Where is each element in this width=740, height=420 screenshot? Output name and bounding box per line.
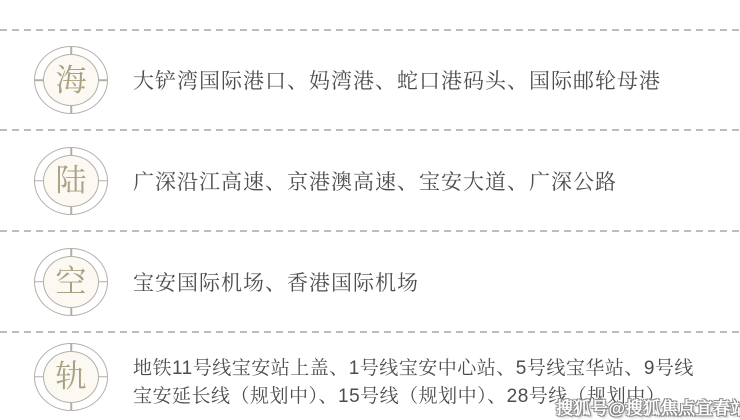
badge-tick-right [99,376,107,378]
badge-tick-left [35,281,43,283]
badge-tick-bottom [70,207,72,214]
badge-tick-top [70,344,72,351]
badge-tick-bottom [70,106,72,113]
badge-tick-left [35,79,43,81]
sea-route-list: 大铲湾国际港口、妈湾港、蛇口港码头、国际邮轮母港 [133,65,661,95]
land-route-line: 广深沿江高速、京港澳高速、宝安大道、广深公路 [133,166,617,196]
land-route-list: 广深沿江高速、京港澳高速、宝安大道、广深公路 [133,166,617,196]
watermark: 搜狐号@搜狐焦点宜春站 [556,394,740,419]
sea-badge-inner: 海 [43,54,99,106]
badge-tick-right [99,281,107,283]
sea-badge-label: 海 [56,65,87,96]
rail-badge-inner: 轨 [43,351,99,403]
land-badge-label: 陆 [56,165,87,196]
land-icon: 陆 [34,147,108,215]
rail-route-line-1: 地铁11号线宝安站上盖、1号线宝安中心站、5号线宝华站、9号线 [133,355,694,383]
badge-tick-right [99,180,107,182]
air-route-line: 宝安国际机场、香港国际机场 [133,267,419,297]
badge-tick-top [70,148,72,155]
air-badge-inner: 空 [43,256,99,308]
sea-icon: 海 [34,46,108,114]
transport-infographic: 海 大铲湾国际港口、妈湾港、蛇口港码头、国际邮轮母港 陆 广深沿江高速、京港澳高… [0,0,740,420]
air-route-list: 宝安国际机场、香港国际机场 [133,267,419,297]
land-badge-inner: 陆 [43,155,99,207]
badge-tick-top [70,47,72,54]
rail-badge-label: 轨 [56,361,87,392]
badge-tick-right [99,79,107,81]
rail-icon: 轨 [34,343,108,411]
sea-route-line: 大铲湾国际港口、妈湾港、蛇口港码头、国际邮轮母港 [133,65,661,95]
transport-row-land: 陆 广深沿江高速、京港澳高速、宝安大道、广深公路 [34,131,734,230]
badge-tick-bottom [70,403,72,410]
badge-tick-bottom [70,308,72,315]
transport-row-sea: 海 大铲湾国际港口、妈湾港、蛇口港码头、国际邮轮母港 [34,31,734,129]
transport-row-air: 空 宝安国际机场、香港国际机场 [34,232,734,331]
air-icon: 空 [34,248,108,316]
badge-tick-left [35,180,43,182]
badge-tick-top [70,249,72,256]
badge-tick-left [35,376,43,378]
air-badge-label: 空 [56,266,87,297]
